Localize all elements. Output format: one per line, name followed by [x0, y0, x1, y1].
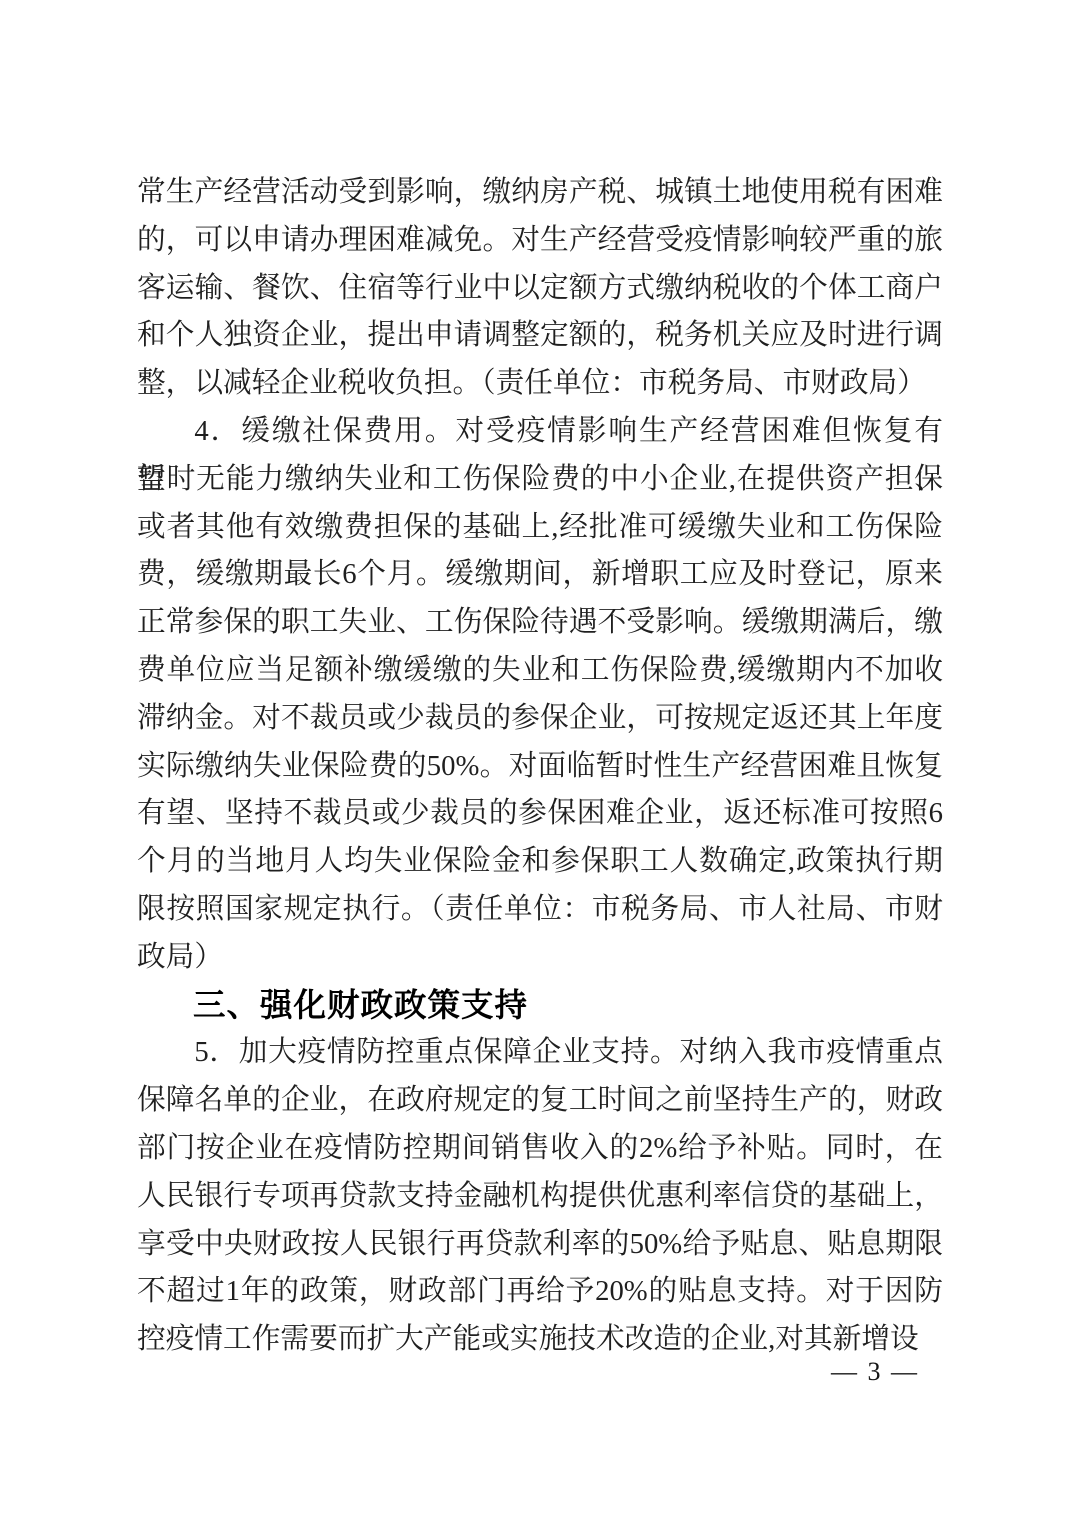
- text-line: 费，缓缴期最长6个月。缓缴期间，新增职工应及时登记，原来: [137, 551, 943, 599]
- document-page: 常生产经营活动受到影响，缴纳房产税、城镇土地使用税有困难的，可以申请办理困难减免…: [0, 0, 1080, 1527]
- text-line: 不超过1年的政策，财政部门再给予20%的贴息支持。对于因防: [137, 1268, 943, 1316]
- text-line: 实际缴纳失业保险费的50%。对面临暂时性生产经营困难且恢复: [137, 743, 943, 791]
- text-line: 部门按企业在疫情防控期间销售收入的2%给予补贴。同时，在: [137, 1125, 943, 1173]
- text-line: 个月的当地月人均失业保险金和参保职工人数确定,政策执行期: [137, 838, 943, 886]
- text-line: 暂时无能力缴纳失业和工伤保险费的中小企业,在提供资产担保: [137, 456, 943, 504]
- document-body: 常生产经营活动受到影响，缴纳房产税、城镇土地使用税有困难的，可以申请办理困难减免…: [137, 169, 943, 1364]
- text-line: 保障名单的企业，在政府规定的复工时间之前坚持生产的，财政: [137, 1077, 943, 1125]
- text-line: 滞纳金。对不裁员或少裁员的参保企业，可按规定返还其上年度: [137, 695, 943, 743]
- page-number: — 3 —: [831, 1356, 917, 1388]
- text-line: 4．缓缴社保费用。对受疫情影响生产经营困难但恢复有望、: [137, 408, 943, 456]
- text-line: 人民银行专项再贷款支持金融机构提供优惠利率信贷的基础上，: [137, 1173, 943, 1221]
- text-line: 5．加大疫情防控重点保障企业支持。对纳入我市疫情重点: [137, 1029, 943, 1077]
- text-line: 常生产经营活动受到影响，缴纳房产税、城镇土地使用税有困难: [137, 169, 943, 217]
- text-line: 限按照国家规定执行。（责任单位：市税务局、市人社局、市财: [137, 886, 943, 934]
- text-line: 和个人独资企业，提出申请调整定额的，税务机关应及时进行调: [137, 312, 943, 360]
- text-line: 有望、坚持不裁员或少裁员的参保困难企业，返还标准可按照6: [137, 790, 943, 838]
- text-line: 控疫情工作需要而扩大产能或实施技术改造的企业,对其新增设: [137, 1316, 943, 1364]
- text-line: 或者其他有效缴费担保的基础上,经批准可缓缴失业和工伤保险: [137, 504, 943, 552]
- text-line: 政局）: [137, 934, 943, 982]
- text-line: 费单位应当足额补缴缓缴的失业和工伤保险费,缓缴期内不加收: [137, 647, 943, 695]
- text-line: 享受中央财政按人民银行再贷款利率的50%给予贴息、贴息期限: [137, 1221, 943, 1269]
- text-line: 正常参保的职工失业、工伤保险待遇不受影响。缓缴期满后，缴: [137, 599, 943, 647]
- text-line: 整，以减轻企业税收负担。（责任单位：市税务局、市财政局）: [137, 360, 943, 408]
- text-line: 的，可以申请办理困难减免。对生产经营受疫情影响较严重的旅: [137, 217, 943, 265]
- text-line: 客运输、餐饮、住宿等行业中以定额方式缴纳税收的个体工商户: [137, 265, 943, 313]
- section-heading: 三、强化财政政策支持: [137, 982, 943, 1030]
